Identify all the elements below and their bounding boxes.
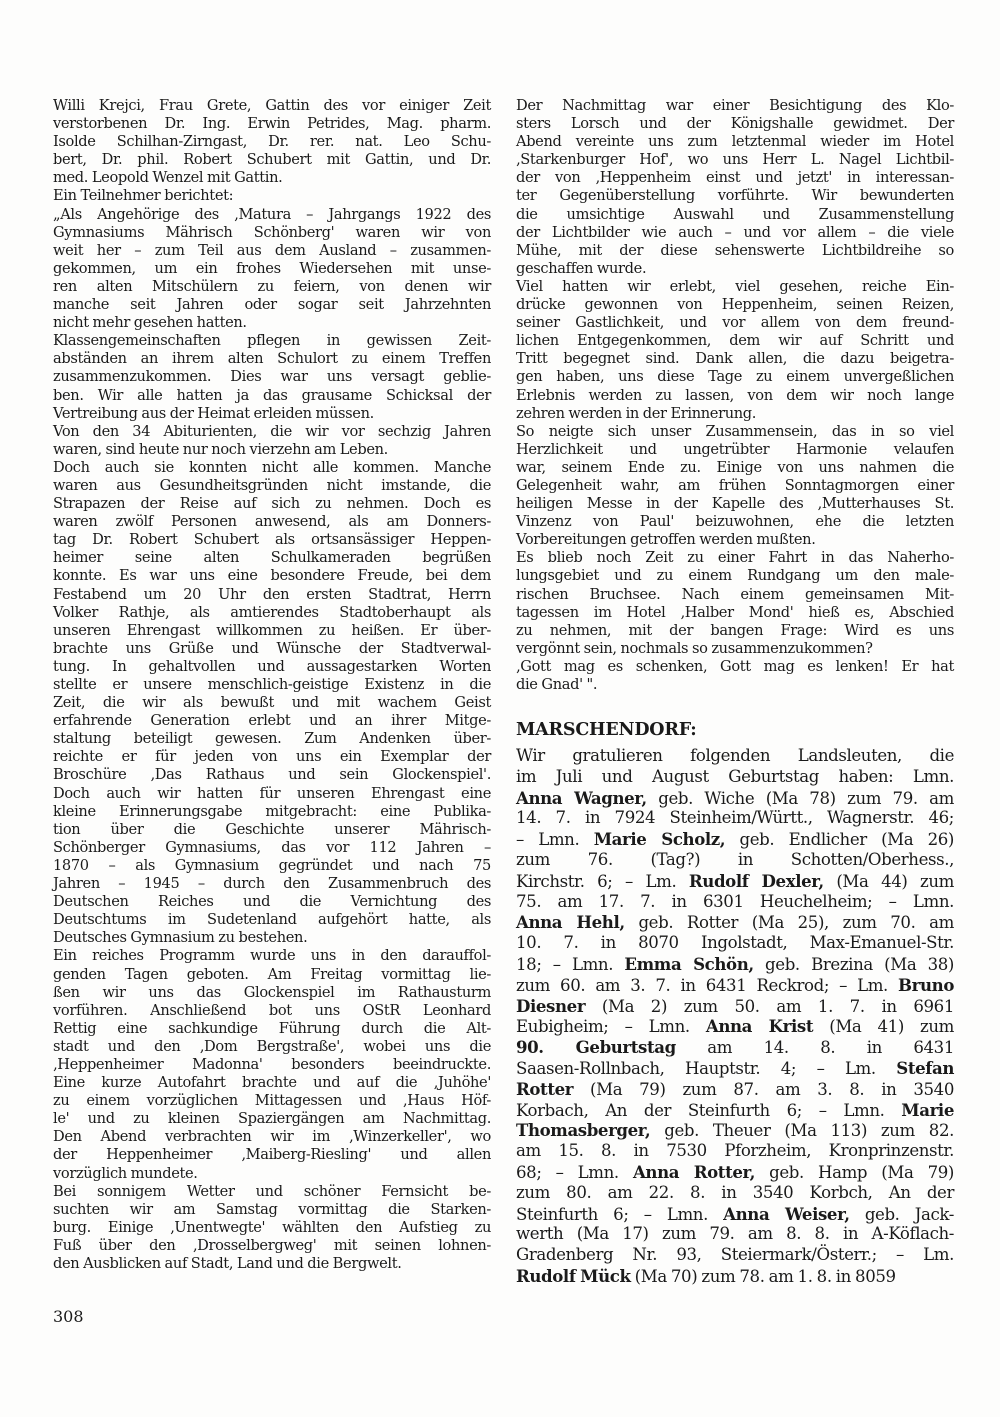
text-line: gekommen, um ein frohes Wiedersehen mit … xyxy=(53,260,491,278)
text-line: die Gnad' ". xyxy=(516,676,954,694)
text-line: Anna Wagner, geb. Wiche (Ma 78) zum 79. … xyxy=(516,788,954,809)
text-line: Schönberger Gymnasiums, das vor 112 Jahr… xyxy=(53,839,491,857)
text-line: Viel hatten wir erlebt, viel gesehen, re… xyxy=(516,278,954,296)
text-line: der Lichtbilder wie auch – und vor allem… xyxy=(516,224,954,242)
text-line: lichen Entgegenkommen, dem wir auf Schri… xyxy=(516,332,954,350)
text-line: Deutschen Reiches und die Vernichtung de… xyxy=(53,893,491,911)
text-line: suchten wir am Samstag vormittag die Sta… xyxy=(53,1201,491,1219)
text-line: waren, sind heute nur noch vierzehn am L… xyxy=(53,441,491,459)
text-line: ßen wir uns das Glockenspiel im Rathaust… xyxy=(53,984,491,1002)
person-name: Anna Hehl, xyxy=(516,912,625,932)
person-name: Anna Rotter, xyxy=(633,1162,755,1182)
text-line: zu einem vorzüglichen Mittagessen und ‚H… xyxy=(53,1092,491,1110)
text-line: am 15. 8. in 7530 Pforzheim, Kronprinzen… xyxy=(516,1141,954,1162)
person-name: Rudolf Mück xyxy=(516,1266,631,1286)
text-line: Steinfurth 6; – Lmn. Anna Weiser, geb. J… xyxy=(516,1204,954,1225)
reunion-report-continued: Der Nachmittag war einer Besichtigung de… xyxy=(516,97,954,694)
text-line: Anna Hehl, geb. Rotter (Ma 25), zum 70. … xyxy=(516,912,954,933)
text-line: erfahrende Generation erlebt und an ihre… xyxy=(53,712,491,730)
text-run: Eubigheim; – Lmn. xyxy=(516,1017,706,1036)
text-line: zehren werden in der Erinnerung. xyxy=(516,405,954,423)
document-page: Willi Krejci, Frau Grete, Gattin des vor… xyxy=(0,0,1000,1417)
text-line: med. Leopold Wenzel mit Gattin. xyxy=(53,169,491,187)
text-line: waren zwölf Personen anwesend, als am Do… xyxy=(53,513,491,531)
text-line: „Als Angehörige des ‚Matura – Jahrgangs … xyxy=(53,206,491,224)
text-line: Doch auch wir hatten für unseren Ehrenga… xyxy=(53,785,491,803)
text-line: ren alten Mitschülern zu feiern, von den… xyxy=(53,278,491,296)
text-run: Kirchstr. 6; – Lm. xyxy=(516,872,689,891)
text-run: (Ma 2) zum 50. am 1. 7. in 6961 xyxy=(585,997,954,1016)
text-run: werth (Ma 17) zum 79. am 8. 8. in A-Köfl… xyxy=(516,1224,954,1243)
text-run: 75. am 17. 7. in 6301 Heuchelheim; – Lmn… xyxy=(516,892,954,911)
text-line: zu nehmen, mit der bangen Frage: Wird es… xyxy=(516,622,954,640)
person-name: Stefan xyxy=(896,1058,954,1078)
right-column: Der Nachmittag war einer Besichtigung de… xyxy=(516,97,954,1287)
text-run: geb. Hamp (Ma 79) xyxy=(755,1163,954,1182)
text-line: die umsichtige Auswahl und Zusammenstell… xyxy=(516,206,954,224)
text-line: 90. Geburtstag am 14. 8. in 6431 xyxy=(516,1037,954,1058)
birthday-congratulations: Wir gratulieren folgenden Landsleuten, d… xyxy=(516,746,954,1287)
text-line: Gymnasiums Mährisch Schönberg' waren wir… xyxy=(53,224,491,242)
text-run: geb. Endlicher (Ma 26) xyxy=(725,830,954,849)
text-line: nicht mehr gesehen hatten. xyxy=(53,314,491,332)
text-run: Steinfurth 6; – Lmn. xyxy=(516,1205,723,1224)
text-line: brachte uns Grüße und Wünsche der Stadtv… xyxy=(53,640,491,658)
text-line: im Juli und August Geburtstag haben: Lmn… xyxy=(516,767,954,788)
person-name: Anna Krist xyxy=(706,1016,813,1036)
text-line: 1870 – als Gymnasium gegründet und nach … xyxy=(53,857,491,875)
text-line: stellte er unsere menschlich-geistige Ex… xyxy=(53,676,491,694)
person-name: Anna Wagner, xyxy=(516,788,647,808)
text-line: Doch auch sie konnten nicht alle kommen.… xyxy=(53,459,491,477)
text-line: Rotter (Ma 79) zum 87. am 3. 8. in 3540 xyxy=(516,1079,954,1100)
text-line: zusammenzukommen. Dies war uns versagt g… xyxy=(53,368,491,386)
text-line: Bei sonnigem Wetter und schöner Fernsich… xyxy=(53,1183,491,1201)
text-run: geb. Jack- xyxy=(850,1205,954,1224)
text-line: Jahren – 1945 – durch den Zusammenbruch … xyxy=(53,875,491,893)
text-run: geb. Rotter (Ma 25), zum 70. am xyxy=(625,913,954,932)
text-line: heiligen Messe in der Kapelle des ‚Mutte… xyxy=(516,495,954,513)
text-line: Abend vereinte uns zum letztenmal wieder… xyxy=(516,133,954,151)
text-line: Von den 34 Abiturienten, die wir vor sec… xyxy=(53,423,491,441)
text-line: genden Tagen geboten. Am Freitag vormitt… xyxy=(53,966,491,984)
text-line: Es blieb noch Zeit zu einer Fahrt in das… xyxy=(516,549,954,567)
text-line: Wir gratulieren folgenden Landsleuten, d… xyxy=(516,746,954,767)
text-run: geb. Wiche (Ma 78) zum 79. am xyxy=(647,789,954,808)
text-line: Zeit, die wir als bewußt und mit wachem … xyxy=(53,694,491,712)
text-line: vorführen. Anschließend bot uns OStR Leo… xyxy=(53,1002,491,1020)
text-line: 75. am 17. 7. in 6301 Heuchelheim; – Lmn… xyxy=(516,892,954,913)
text-line: heimer seine alten Schulkameraden begrüß… xyxy=(53,549,491,567)
text-line: der Heppenheimer ‚Maiberg-Riesling' und … xyxy=(53,1146,491,1164)
text-line: tion über die Geschichte unserer Mährisc… xyxy=(53,821,491,839)
left-column: Willi Krejci, Frau Grete, Gattin des vor… xyxy=(53,97,491,1273)
text-line: stadt und den ‚Dom Bergstraße', wobei un… xyxy=(53,1038,491,1056)
text-line: drücke gewonnen von Heppenheim, seinen R… xyxy=(516,296,954,314)
text-line: bert, Dr. phil. Robert Schubert mit Gatt… xyxy=(53,151,491,169)
text-line: Strapazen der Reise auf sich zu nehmen. … xyxy=(53,495,491,513)
text-line: Ein reiches Programm wurde uns in den da… xyxy=(53,947,491,965)
text-line: 10. 7. in 8070 Ingolstadt, Max-Emanuel-S… xyxy=(516,933,954,954)
text-line: Tritt begegnet sind. Dank allen, die daz… xyxy=(516,350,954,368)
text-line: den Ausblicken auf Stadt, Land und die B… xyxy=(53,1255,491,1273)
page-number: 308 xyxy=(53,1307,84,1327)
text-line: seiner Gastlichkeit, und vor allem von d… xyxy=(516,314,954,332)
text-line: staltung beteiligt gewesen. Zum Andenken… xyxy=(53,730,491,748)
person-name: Thomasberger, xyxy=(516,1120,650,1140)
text-line: der von ‚Heppenheim einst und jetzt' in … xyxy=(516,169,954,187)
text-line: vorzüglich mundete. xyxy=(53,1165,491,1183)
text-line: vergönnt sein, nochmals so zusammenzukom… xyxy=(516,640,954,658)
text-line: Festabend um 20 Uhr den ersten Stadtrat,… xyxy=(53,586,491,604)
text-run: am 15. 8. in 7530 Pforzheim, Kronprinzen… xyxy=(516,1141,954,1160)
text-run: Gradenberg Nr. 93, Steiermark/Österr.; –… xyxy=(516,1245,954,1264)
text-line: Volker Rathje, als amtierendes Stadtober… xyxy=(53,604,491,622)
text-line: sters Lorsch und der Königshalle gewidme… xyxy=(516,115,954,133)
text-line: Eine kurze Autofahrt brachte und auf die… xyxy=(53,1074,491,1092)
text-run: geb. Brezina (Ma 38) xyxy=(754,955,954,974)
text-run: zum 76. (Tag?) in Schotten/Oberhess., xyxy=(516,850,954,869)
text-run: Saasen-Rollnbach, Hauptstr. 4; – Lm. xyxy=(516,1059,896,1078)
text-line: manche seit Jahren oder sogar seit Jahrz… xyxy=(53,296,491,314)
text-line: ter Gegenüberstellung vorführte. Wir bew… xyxy=(516,187,954,205)
text-run: 14. 7. in 7924 Steinheim/Württ., Wagners… xyxy=(516,808,954,827)
text-line: Ein Teilnehmer berichtet: xyxy=(53,187,491,205)
text-line: zum 60. am 3. 7. in 6431 Reckrod; – Lm. … xyxy=(516,975,954,996)
person-name: 90. Geburtstag xyxy=(516,1037,676,1057)
text-line: Rudolf Mück (Ma 70) zum 78. am 1. 8. in … xyxy=(516,1266,954,1287)
text-run: Korbach, An der Steinfurth 6; – Lmn. xyxy=(516,1101,901,1120)
text-line: Vertreibung aus der Heimat erleiden müss… xyxy=(53,405,491,423)
text-line: ‚Heppenheimer Madonna' besonders beeindr… xyxy=(53,1056,491,1074)
text-line: – Lmn. Marie Scholz, geb. Endlicher (Ma … xyxy=(516,829,954,850)
person-name: Anna Weiser, xyxy=(723,1204,849,1224)
text-line: Willi Krejci, Frau Grete, Gattin des vor… xyxy=(53,97,491,115)
text-line: Deutschtums im Sudetenland aufgehört hat… xyxy=(53,911,491,929)
text-line: Gelegenheit wahr, am frühen Sonntagmorge… xyxy=(516,477,954,495)
text-line: So neigte sich unser Zusammensein, das i… xyxy=(516,423,954,441)
text-line: tagessen im Hotel ‚Halber Mond' hieß es,… xyxy=(516,604,954,622)
text-line: zum 76. (Tag?) in Schotten/Oberhess., xyxy=(516,850,954,871)
text-line: Saasen-Rollnbach, Hauptstr. 4; – Lm. Ste… xyxy=(516,1058,954,1079)
text-line: tung. In gehaltvollen und aussagestarken… xyxy=(53,658,491,676)
person-name: Rudolf Dexler, xyxy=(689,871,824,891)
text-line: ‚Starkenburger Hof', wo uns Herr L. Nage… xyxy=(516,151,954,169)
text-line: rischen Bruchsee. Nach einem gemeinsamen… xyxy=(516,586,954,604)
text-run: – Lmn. xyxy=(516,830,594,849)
text-line: unseren Ehrengast willkommen zu heißen. … xyxy=(53,622,491,640)
text-line: Herzlichkeit und ungetrübter Harmonie ve… xyxy=(516,441,954,459)
text-line: Kirchstr. 6; – Lm. Rudolf Dexler, (Ma 44… xyxy=(516,871,954,892)
person-name: Marie xyxy=(901,1100,954,1120)
text-line: 68; – Lmn. Anna Rotter, geb. Hamp (Ma 79… xyxy=(516,1162,954,1183)
text-line: Der Nachmittag war einer Besichtigung de… xyxy=(516,97,954,115)
text-line: Mühe, mit der diese sehenswerte Lichtbil… xyxy=(516,242,954,260)
text-line: verstorbenen Dr. Ing. Erwin Petrides, Ma… xyxy=(53,115,491,133)
text-line: ben. Wir alle hatten ja das grausame Sch… xyxy=(53,387,491,405)
text-line: Erlebnis werden zu lassen, von dem wir n… xyxy=(516,387,954,405)
text-line: Vorbereitungen getroffen werden mußten. xyxy=(516,531,954,549)
text-line: kleine Erinnerungsgabe mitgebracht: eine… xyxy=(53,803,491,821)
text-line: Broschüre ‚Das Rathaus und sein Glockens… xyxy=(53,766,491,784)
text-line: 18; – Lmn. Emma Schön, geb. Brezina (Ma … xyxy=(516,954,954,975)
person-name: Emma Schön, xyxy=(624,954,753,974)
text-run: am 14. 8. in 6431 xyxy=(676,1038,954,1057)
text-line: abständen an ihrem alten Schulort zu ein… xyxy=(53,350,491,368)
text-line: weit her – zum Teil aus dem Ausland – zu… xyxy=(53,242,491,260)
person-name: Bruno xyxy=(898,975,954,995)
text-line: zum 80. am 22. 8. in 3540 Korbch, An der xyxy=(516,1183,954,1204)
person-name: Diesner xyxy=(516,996,585,1016)
text-line: Klassengemeinschaften pflegen in gewisse… xyxy=(53,332,491,350)
text-line: Den Abend verbrachten wir im ‚Winzerkell… xyxy=(53,1128,491,1146)
text-line: Fuß über den ‚Drosselbergweg' mit seinen… xyxy=(53,1237,491,1255)
text-run: geb. Theuer (Ma 113) zum 82. xyxy=(650,1121,954,1140)
text-run: zum 60. am 3. 7. in 6431 Reckrod; – Lm. xyxy=(516,976,898,995)
text-run: 10. 7. in 8070 Ingolstadt, Max-Emanuel-S… xyxy=(516,933,954,952)
text-line: gen haben, uns diese Tage zu einem unver… xyxy=(516,368,954,386)
text-run: 68; – Lmn. xyxy=(516,1163,633,1182)
text-run: (Ma 44) zum xyxy=(824,872,954,891)
text-run: (Ma 41) zum xyxy=(813,1017,954,1036)
text-line: Eubigheim; – Lmn. Anna Krist (Ma 41) zum xyxy=(516,1016,954,1037)
text-line: Thomasberger, geb. Theuer (Ma 113) zum 8… xyxy=(516,1120,954,1141)
text-line: Korbach, An der Steinfurth 6; – Lmn. Mar… xyxy=(516,1100,954,1121)
text-run: 18; – Lmn. xyxy=(516,955,624,974)
text-line: 14. 7. in 7924 Steinheim/Württ., Wagners… xyxy=(516,808,954,829)
text-line: war, seinem Ende zu. Einige von uns nahm… xyxy=(516,459,954,477)
text-run: (Ma 70) zum 78. am 1. 8. in 8059 xyxy=(631,1267,896,1286)
text-line: burg. Einige ‚Unentwegte' wählten den Au… xyxy=(53,1219,491,1237)
text-line: le' und zu kleinen Spaziergängen am Nach… xyxy=(53,1110,491,1128)
text-line: ‚Gott mag es schenken, Gott mag es lenke… xyxy=(516,658,954,676)
text-run: Wir gratulieren folgenden Landsleuten, d… xyxy=(516,746,954,765)
text-line: Rettig eine sachkundige Führung durch di… xyxy=(53,1020,491,1038)
text-line: Deutsches Gymnasium zu bestehen. xyxy=(53,929,491,947)
text-run: im Juli und August Geburtstag haben: Lmn… xyxy=(516,767,954,786)
text-line: tag Dr. Robert Schubert als ortsansässig… xyxy=(53,531,491,549)
text-line: waren aus Gesundheitsgründen nicht imsta… xyxy=(53,477,491,495)
person-name: Rotter xyxy=(516,1079,573,1099)
text-line: Diesner (Ma 2) zum 50. am 1. 7. in 6961 xyxy=(516,996,954,1017)
text-line: lungsgebiet und zu einem Rundgang um den… xyxy=(516,567,954,585)
person-name: Marie Scholz, xyxy=(594,829,726,849)
text-line: Gradenberg Nr. 93, Steiermark/Österr.; –… xyxy=(516,1245,954,1266)
text-line: Vinzenz von Paul' beizuwohnen, ehe die l… xyxy=(516,513,954,531)
text-line: geschaffen wurde. xyxy=(516,260,954,278)
text-line: reichte er für jeden von uns ein Exempla… xyxy=(53,748,491,766)
text-run: zum 80. am 22. 8. in 3540 Korbch, An der xyxy=(516,1183,954,1202)
text-line: konnte. Es war uns eine besondere Freude… xyxy=(53,567,491,585)
text-run: (Ma 79) zum 87. am 3. 8. in 3540 xyxy=(573,1080,954,1099)
section-heading-marschendorf: MARSCHENDORF: xyxy=(516,719,954,741)
text-line: Isolde Schilhan-Zirngast, Dr. rer. nat. … xyxy=(53,133,491,151)
text-line: werth (Ma 17) zum 79. am 8. 8. in A-Köfl… xyxy=(516,1224,954,1245)
